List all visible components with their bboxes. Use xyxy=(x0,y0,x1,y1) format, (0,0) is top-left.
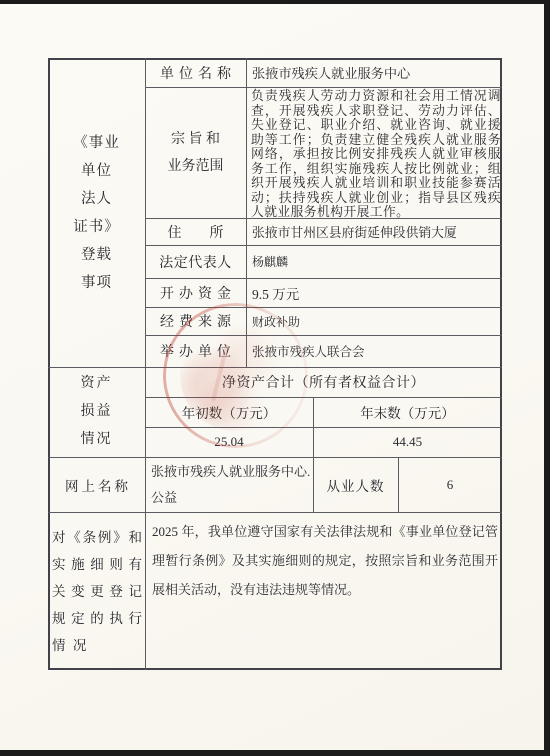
certificate-label-line: 单位 xyxy=(81,157,112,185)
mission-label: 宗 旨 和 业务范围 xyxy=(145,87,246,218)
compliance-statement: 2025 年，我单位遵守国家有关法律法规和《事业单位登记管理暂行条例》及其实施细… xyxy=(152,517,498,604)
scanned-annual-report-page: 《事业 单位 法人 证书》 登载 事项 单位名称 张掖市残疾人就业服务中心 宗 … xyxy=(0,0,550,756)
certificate-label-line: 事项 xyxy=(81,269,112,297)
online-name-value: 张掖市残疾人就业服务中心.公益 xyxy=(151,457,311,512)
online-name-label: 网上名称 xyxy=(48,457,145,512)
certificate-label-line: 证书》 xyxy=(73,213,120,241)
staff-count-value: 6 xyxy=(398,457,502,512)
year-end-header: 年末数（万元） xyxy=(313,397,502,427)
unit-name-label: 单位名称 xyxy=(145,58,246,87)
compliance-label-line: 对《条例》和 xyxy=(52,524,142,551)
address-label: 住 所 xyxy=(145,218,246,245)
compliance-label-line: 关变更登记 xyxy=(52,578,142,605)
capital-value: 9.5 万元 xyxy=(252,278,500,307)
staff-count-label: 从业人数 xyxy=(313,457,398,512)
assets-label-line: 损益 xyxy=(81,398,113,426)
red-seal-stamp-icon xyxy=(163,303,308,448)
assets-section-label: 资产 损益 情况 xyxy=(48,367,145,457)
scan-edge-top xyxy=(0,0,550,4)
assets-label-line: 资产 xyxy=(81,370,113,398)
legal-rep-label: 法定代表人 xyxy=(145,245,246,278)
mission-label-line2: 业务范围 xyxy=(168,153,224,180)
certificate-label-line: 法人 xyxy=(81,185,112,213)
legal-rep-value: 杨麒麟 xyxy=(252,245,500,278)
grid-line xyxy=(48,512,502,513)
compliance-label-line: 规定的执行 xyxy=(52,605,142,632)
scan-edge-right xyxy=(544,0,550,756)
certificate-section-label: 《事业 单位 法人 证书》 登载 事项 xyxy=(48,128,145,298)
compliance-label-line: 实施细则有 xyxy=(52,551,142,578)
year-end-value: 44.45 xyxy=(313,427,502,457)
unit-name-value: 张掖市残疾人就业服务中心 xyxy=(252,58,500,87)
mission-value: 负责残疾人劳动力资源和社会用工情况调查，开展残疾人求职登记、劳动力评估、失业登记… xyxy=(251,89,501,217)
certificate-label-line: 登载 xyxy=(81,241,112,269)
compliance-section-label: 对《条例》和 实施细则有 关变更登记 规定的执行 情 况 xyxy=(52,524,142,659)
assets-label-line: 情况 xyxy=(81,426,113,454)
mission-label-line1: 宗 旨 和 xyxy=(171,126,220,153)
certificate-label-line: 《事业 xyxy=(73,129,120,157)
scan-edge-bottom xyxy=(0,750,550,756)
compliance-label-line: 情 况 xyxy=(52,632,142,659)
address-value: 张掖市甘州区县府街延伸段供销大厦 xyxy=(252,218,500,245)
